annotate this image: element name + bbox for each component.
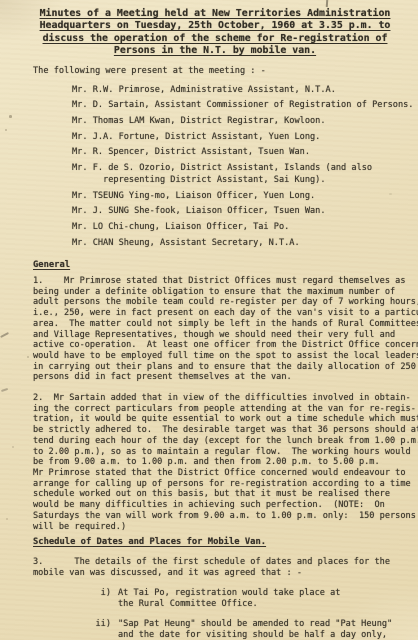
document-title: Minutes of a Meeting held at New Territo… xyxy=(36,8,394,57)
list-item: i) At Tai Po, registration would take pl… xyxy=(85,588,418,610)
attendee-entry: Mr. J.A. Fortune, District Assistant, Yu… xyxy=(72,131,418,143)
document-body: Minutes of a Meeting held at New Territo… xyxy=(0,0,418,640)
list-item: ii) "Sap Pat Heung" should be amended to… xyxy=(85,619,418,640)
attendee-entry: Mr. Thomas LAM Kwan, District Registrar,… xyxy=(72,115,418,127)
attendee-entry: Mr. D. Sartain, Assistant Commissioner o… xyxy=(72,99,418,111)
attendee-entry: Mr. R.W. Primrose, Administrative Assist… xyxy=(72,84,418,96)
section-heading-general: General xyxy=(33,260,418,271)
paragraph-1: 1. Mr Primrose stated that District Offi… xyxy=(33,276,418,383)
attendee-entry: Mr. LO Chi-chung, Liaison Officer, Tai P… xyxy=(72,221,418,233)
attendee-list: Mr. R.W. Primrose, Administrative Assist… xyxy=(72,84,418,249)
attendee-entry: Mr. J. SUNG She-fook, Liaison Officer, T… xyxy=(72,205,418,217)
present-intro: The following were present at the meetin… xyxy=(33,66,418,77)
paragraph-2: 2. Mr Sartain added that in view of the … xyxy=(33,393,418,532)
attendee-entry: Mr. F. de S. Ozorio, District Assistant,… xyxy=(72,162,418,187)
list-item-text: "Sap Pat Heung" should be amended to rea… xyxy=(118,619,392,640)
list-item-marker: ii) xyxy=(85,619,118,640)
attendee-entry: Mr. R. Spencer, District Assistant, Tsue… xyxy=(72,146,418,158)
paragraph-3: 3. The details of the first schedule of … xyxy=(33,557,418,579)
attendee-entry: Mr. TSEUNG Ying-mo, Liaison Officer, Yue… xyxy=(72,190,418,202)
section-heading-schedule: Schedule of Dates and Places for Mobile … xyxy=(33,537,418,548)
list-item-marker: i) xyxy=(85,588,118,610)
agreement-list: i) At Tai Po, registration would take pl… xyxy=(33,588,418,640)
attendee-entry: Mr. CHAN Sheung, Assistant Secretary, N.… xyxy=(72,237,418,249)
list-item-text: At Tai Po, registration would take place… xyxy=(118,588,340,610)
document-page: Minutes of a Meeting held at New Territo… xyxy=(0,0,418,640)
